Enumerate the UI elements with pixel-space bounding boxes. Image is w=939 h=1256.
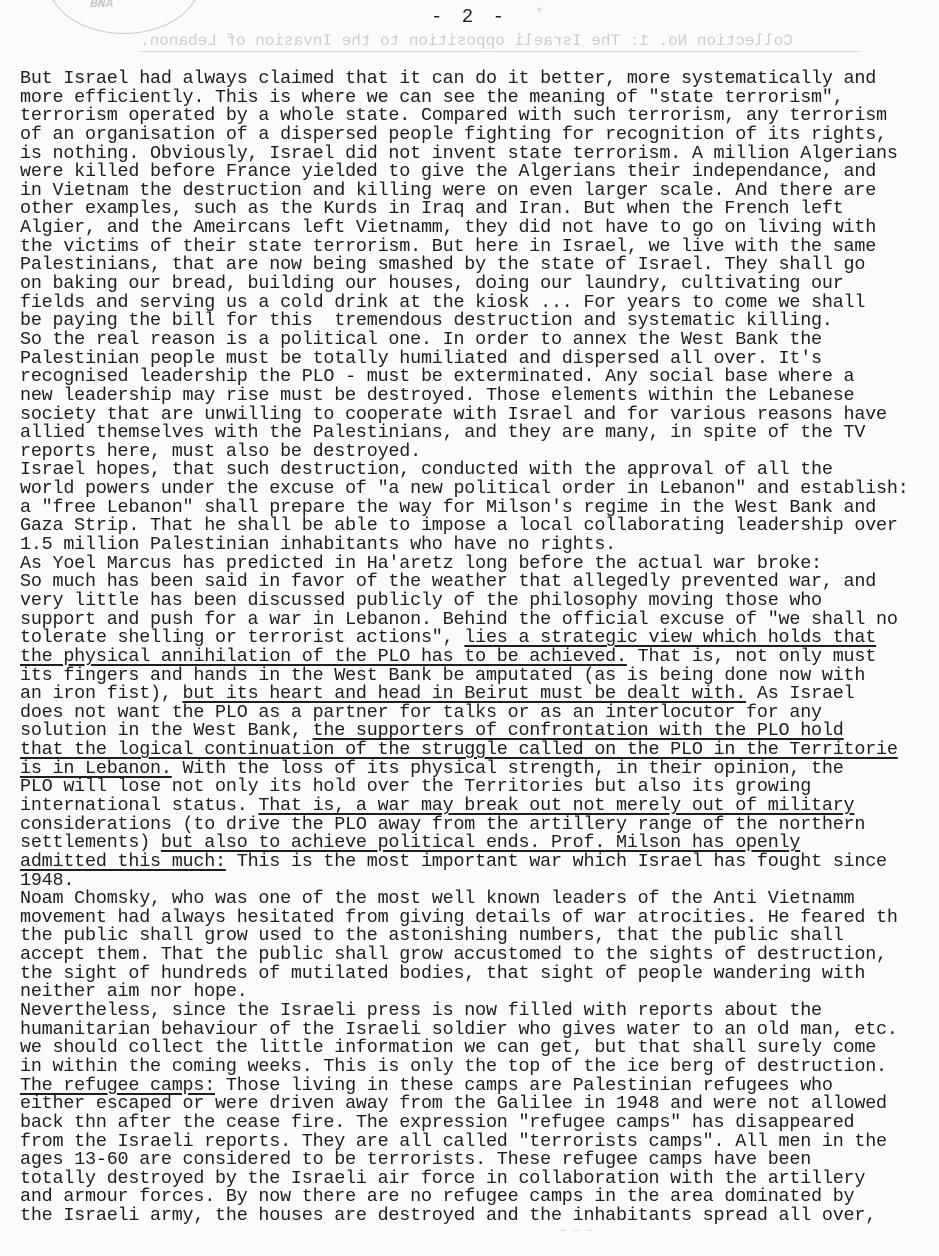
document-body: But Israel had always claimed that it ca…	[20, 70, 935, 1226]
bleed-through-footer: ~ ~ ~	[560, 1226, 593, 1238]
bleed-through-mark: *	[535, 6, 543, 22]
text-segment: This is the most important war which Isr…	[226, 851, 887, 872]
text-segment: the Israeli army, the houses are destroy…	[20, 1205, 876, 1226]
text-line: the Israeli army, the houses are destroy…	[20, 1207, 935, 1226]
text-line: admitted this much: This is the most imp…	[20, 853, 935, 872]
page-number: - 2 -	[0, 6, 939, 28]
bleed-through-header: Collection No. 1: The Israeli opposition…	[140, 32, 860, 52]
